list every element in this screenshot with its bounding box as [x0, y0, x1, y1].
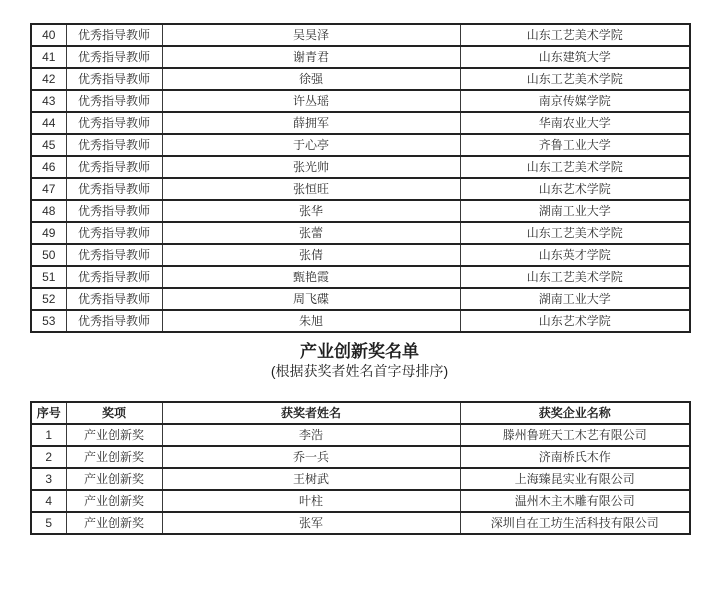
table-row: 52 优秀指导教师 周飞碟 湖南工业大学: [31, 288, 690, 310]
cell-row-number: 41: [31, 46, 66, 68]
cell-organization: 山东工艺美术学院: [460, 266, 690, 288]
cell-award-type: 优秀指导教师: [66, 90, 162, 112]
cell-row-number: 40: [31, 24, 66, 46]
cell-award-type: 优秀指导教师: [66, 244, 162, 266]
cell-organization: 南京传媒学院: [460, 90, 690, 112]
cell-award-type: 优秀指导教师: [66, 200, 162, 222]
cell-winner-name: 张蕾: [162, 222, 460, 244]
cell-row-number: 2: [31, 446, 66, 468]
cell-company-name: 济南桥氏木作: [460, 446, 690, 468]
cell-row-number: 44: [31, 112, 66, 134]
section-subtitle: (根据获奖者姓名首字母排序): [30, 362, 689, 380]
table-row: 4 产业创新奖 叶柱 温州木主木雕有限公司: [31, 490, 690, 512]
table-row: 40 优秀指导教师 吴昊泽 山东工艺美术学院: [31, 24, 690, 46]
table-row: 1 产业创新奖 李浩 滕州鲁班天工木艺有限公司: [31, 424, 690, 446]
cell-organization: 齐鲁工业大学: [460, 134, 690, 156]
cell-row-number: 48: [31, 200, 66, 222]
cell-organization: 山东工艺美术学院: [460, 24, 690, 46]
cell-organization: 山东工艺美术学院: [460, 68, 690, 90]
cell-award-type: 产业创新奖: [66, 490, 162, 512]
document-page: 40 优秀指导教师 吴昊泽 山东工艺美术学院 41 优秀指导教师 谢青君 山东建…: [0, 0, 710, 592]
cell-organization: 华南农业大学: [460, 112, 690, 134]
table-row: 48 优秀指导教师 张华 湖南工业大学: [31, 200, 690, 222]
cell-award-type: 优秀指导教师: [66, 178, 162, 200]
table-row: 49 优秀指导教师 张蕾 山东工艺美术学院: [31, 222, 690, 244]
cell-row-number: 46: [31, 156, 66, 178]
cell-award-type: 产业创新奖: [66, 446, 162, 468]
cell-winner-name: 徐强: [162, 68, 460, 90]
table-row: 2 产业创新奖 乔一兵 济南桥氏木作: [31, 446, 690, 468]
cell-company-name: 上海臻昆实业有限公司: [460, 468, 690, 490]
table-row: 46 优秀指导教师 张光帅 山东工艺美术学院: [31, 156, 690, 178]
cell-row-number: 3: [31, 468, 66, 490]
cell-winner-name: 乔一兵: [162, 446, 460, 468]
cell-award-type: 产业创新奖: [66, 512, 162, 534]
cell-winner-name: 谢青君: [162, 46, 460, 68]
cell-winner-name: 朱旭: [162, 310, 460, 332]
table-row: 42 优秀指导教师 徐强 山东工艺美术学院: [31, 68, 690, 90]
teacher-award-table: 40 优秀指导教师 吴昊泽 山东工艺美术学院 41 优秀指导教师 谢青君 山东建…: [30, 23, 691, 333]
cell-winner-name: 周飞碟: [162, 288, 460, 310]
column-header-name: 获奖者姓名: [162, 402, 460, 424]
column-header-award: 奖项: [66, 402, 162, 424]
table-row: 5 产业创新奖 张军 深圳自在工坊生活科技有限公司: [31, 512, 690, 534]
cell-award-type: 优秀指导教师: [66, 112, 162, 134]
cell-organization: 山东艺术学院: [460, 178, 690, 200]
cell-row-number: 42: [31, 68, 66, 90]
cell-award-type: 优秀指导教师: [66, 68, 162, 90]
cell-organization: 山东建筑大学: [460, 46, 690, 68]
cell-row-number: 4: [31, 490, 66, 512]
cell-row-number: 49: [31, 222, 66, 244]
cell-award-type: 产业创新奖: [66, 468, 162, 490]
cell-winner-name: 甄艳霞: [162, 266, 460, 288]
cell-organization: 山东艺术学院: [460, 310, 690, 332]
cell-row-number: 45: [31, 134, 66, 156]
column-header-company: 获奖企业名称: [460, 402, 690, 424]
table-row: 53 优秀指导教师 朱旭 山东艺术学院: [31, 310, 690, 332]
table-row: 50 优秀指导教师 张倩 山东英才学院: [31, 244, 690, 266]
cell-company-name: 温州木主木雕有限公司: [460, 490, 690, 512]
table-row: 45 优秀指导教师 于心亭 齐鲁工业大学: [31, 134, 690, 156]
cell-row-number: 51: [31, 266, 66, 288]
section-heading: 产业创新奖名单 (根据获奖者姓名首字母排序): [30, 342, 689, 380]
cell-award-type: 优秀指导教师: [66, 310, 162, 332]
table-row: 51 优秀指导教师 甄艳霞 山东工艺美术学院: [31, 266, 690, 288]
cell-winner-name: 吴昊泽: [162, 24, 460, 46]
cell-organization: 山东工艺美术学院: [460, 222, 690, 244]
table-row: 43 优秀指导教师 许丛瑶 南京传媒学院: [31, 90, 690, 112]
cell-award-type: 优秀指导教师: [66, 156, 162, 178]
cell-winner-name: 叶柱: [162, 490, 460, 512]
table-row: 3 产业创新奖 王树武 上海臻昆实业有限公司: [31, 468, 690, 490]
table-header-row: 序号 奖项 获奖者姓名 获奖企业名称: [31, 402, 690, 424]
cell-row-number: 5: [31, 512, 66, 534]
cell-row-number: 1: [31, 424, 66, 446]
cell-award-type: 产业创新奖: [66, 424, 162, 446]
cell-organization: 湖南工业大学: [460, 200, 690, 222]
table-row: 41 优秀指导教师 谢青君 山东建筑大学: [31, 46, 690, 68]
cell-winner-name: 张光帅: [162, 156, 460, 178]
cell-company-name: 深圳自在工坊生活科技有限公司: [460, 512, 690, 534]
cell-organization: 山东英才学院: [460, 244, 690, 266]
cell-row-number: 43: [31, 90, 66, 112]
cell-award-type: 优秀指导教师: [66, 288, 162, 310]
cell-company-name: 滕州鲁班天工木艺有限公司: [460, 424, 690, 446]
cell-organization: 湖南工业大学: [460, 288, 690, 310]
cell-row-number: 53: [31, 310, 66, 332]
table-row: 44 优秀指导教师 薛拥军 华南农业大学: [31, 112, 690, 134]
cell-row-number: 50: [31, 244, 66, 266]
cell-row-number: 47: [31, 178, 66, 200]
cell-award-type: 优秀指导教师: [66, 134, 162, 156]
cell-organization: 山东工艺美术学院: [460, 156, 690, 178]
cell-winner-name: 张华: [162, 200, 460, 222]
section-title: 产业创新奖名单: [30, 342, 689, 362]
cell-winner-name: 张军: [162, 512, 460, 534]
cell-winner-name: 许丛瑶: [162, 90, 460, 112]
column-header-no: 序号: [31, 402, 66, 424]
cell-winner-name: 李浩: [162, 424, 460, 446]
cell-winner-name: 王树武: [162, 468, 460, 490]
cell-award-type: 优秀指导教师: [66, 222, 162, 244]
table-row: 47 优秀指导教师 张恒旺 山东艺术学院: [31, 178, 690, 200]
cell-winner-name: 于心亭: [162, 134, 460, 156]
industry-award-table: 序号 奖项 获奖者姓名 获奖企业名称 1 产业创新奖 李浩 滕州鲁班天工木艺有限…: [30, 401, 691, 535]
cell-award-type: 优秀指导教师: [66, 266, 162, 288]
cell-row-number: 52: [31, 288, 66, 310]
cell-award-type: 优秀指导教师: [66, 46, 162, 68]
cell-winner-name: 张倩: [162, 244, 460, 266]
cell-winner-name: 薛拥军: [162, 112, 460, 134]
cell-award-type: 优秀指导教师: [66, 24, 162, 46]
cell-winner-name: 张恒旺: [162, 178, 460, 200]
